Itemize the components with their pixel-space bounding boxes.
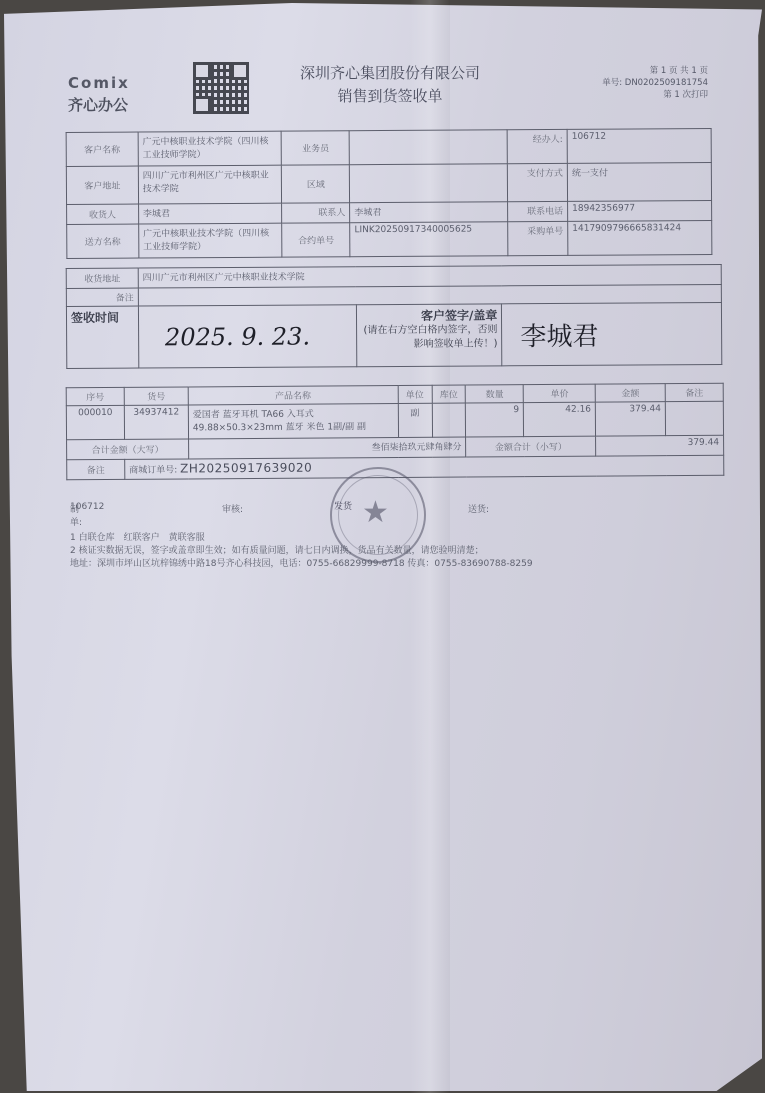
col-price: 单价 bbox=[523, 384, 595, 403]
company-name: 深圳齐心集团股份有限公司 bbox=[275, 62, 505, 83]
sign-time-value[interactable]: 2025. 9. 23. bbox=[138, 305, 356, 368]
payment-value: 统一支付 bbox=[567, 163, 711, 202]
item-qty: 9 bbox=[466, 403, 524, 437]
doc-title: 销售到货签收单 bbox=[275, 85, 505, 106]
customer-info-table: 客户名称 广元中核职业技术学院（四川核工业技师学院） 业务员 经办人: 1067… bbox=[66, 128, 713, 259]
phone-value: 18942356977 bbox=[568, 201, 712, 222]
item-seq: 000010 bbox=[66, 405, 124, 439]
customer-address-value: 四川广元市利州区广元中核职业技术学院 bbox=[138, 165, 282, 204]
terms-note: 2 核证实数据无误，签字或盖章即生效；如有质量问题，请七日内调换，货品有关数量，… bbox=[70, 545, 730, 558]
total-lower-label: 金额合计（小写） bbox=[466, 436, 596, 457]
delivery-name-label: 送方名称 bbox=[67, 224, 139, 258]
table-row: 000010 34937412 爱国者 蓝牙耳机 TA66 入耳式 49.88×… bbox=[66, 401, 723, 440]
deliver-label: 送货: bbox=[468, 502, 489, 515]
delivery-name-value: 广元中核职业技术学院（四川核工业技师学院） bbox=[139, 223, 283, 258]
brand-cn-text: 齐心办公 bbox=[68, 94, 130, 115]
contract-value: LINK20250917340005625 bbox=[350, 222, 508, 257]
total-upper-value: 叁佰柒拾玖元肆角肆分 bbox=[188, 437, 466, 459]
remark-label: 备注 bbox=[66, 288, 138, 306]
customer-name-label: 客户名称 bbox=[66, 132, 138, 166]
receipt-sign-table: 收货地址 四川广元市利州区广元中核职业技术学院 备注 签收时间 2025. 9.… bbox=[66, 264, 723, 369]
sign-time-label: 签收时间 bbox=[66, 306, 138, 368]
col-location: 库位 bbox=[432, 385, 466, 403]
handler-label: 经办人: bbox=[507, 129, 567, 163]
col-sku: 货号 bbox=[124, 387, 188, 405]
total-lower-value: 379.44 bbox=[596, 435, 724, 456]
handwritten-date: 2025. 9. 23. bbox=[165, 322, 310, 351]
review-label: 审核: bbox=[222, 502, 243, 515]
footer: 制单: 106712 审核: 送货: 1 白联仓库 红联客户 黄联客服 2 核证… bbox=[70, 502, 730, 571]
payment-label: 支付方式 bbox=[507, 163, 567, 201]
phone-label: 联系电话 bbox=[508, 201, 568, 221]
copies-note: 1 白联仓库 红联客户 黄联客服 bbox=[70, 532, 730, 545]
doc-number: 单号: DN0202509181754 bbox=[560, 77, 708, 89]
items-remark-label: 备注 bbox=[67, 459, 125, 479]
region-label: 区域 bbox=[282, 165, 350, 203]
item-sku: 34937412 bbox=[124, 405, 188, 439]
customer-name-value: 广元中核职业技术学院（四川核工业技师学院） bbox=[138, 131, 282, 166]
address-note: 地址：深圳市坪山区坑梓锦绣中路18号齐心科技园，电话：0755-66829999… bbox=[70, 558, 730, 571]
item-name: 爱国者 蓝牙耳机 TA66 入耳式 49.88×50.3×23mm 蓝牙 米色 … bbox=[188, 403, 398, 438]
contact-value: 李城君 bbox=[350, 202, 508, 223]
handler-value: 106712 bbox=[567, 129, 711, 164]
col-name: 产品名称 bbox=[188, 385, 398, 404]
purchase-value: 1417909796665831424 bbox=[568, 221, 712, 256]
customer-address-label: 客户地址 bbox=[66, 166, 138, 204]
page-info: 第 1 页 共 1 页 bbox=[560, 65, 708, 77]
receiver-value: 李城君 bbox=[138, 203, 282, 224]
col-note: 备注 bbox=[665, 383, 723, 401]
item-price: 42.16 bbox=[524, 402, 596, 437]
item-location bbox=[432, 403, 466, 437]
qr-code-icon bbox=[193, 62, 249, 114]
col-seq: 序号 bbox=[66, 387, 124, 405]
purchase-label: 采购单号 bbox=[508, 221, 568, 255]
total-upper-label: 合计金额（大写） bbox=[67, 439, 189, 460]
comix-logo: Comix 齐心办公 bbox=[68, 74, 130, 115]
item-note bbox=[665, 401, 723, 435]
contact-label: 联系人 bbox=[282, 203, 350, 223]
salesman-label: 业务员 bbox=[282, 131, 350, 165]
document-title: 深圳齐心集团股份有限公司 销售到货签收单 bbox=[275, 62, 505, 106]
order-number-cell: 商城订单号: ZH20250917639020 bbox=[125, 455, 724, 479]
col-unit: 单位 bbox=[398, 385, 432, 403]
col-amount: 金额 bbox=[595, 384, 665, 402]
region-value bbox=[350, 164, 508, 203]
salesman-value bbox=[349, 130, 507, 165]
col-qty: 数量 bbox=[466, 385, 524, 403]
order-label: 商城订单号: bbox=[129, 466, 177, 476]
brand-logo-text: Comix bbox=[68, 74, 130, 92]
item-unit: 副 bbox=[398, 403, 432, 437]
order-number: ZH20250917639020 bbox=[180, 461, 312, 476]
handwritten-signature: 李城君 bbox=[520, 322, 598, 352]
customer-signature-field[interactable]: 李城君 bbox=[502, 302, 722, 365]
maker-value: 106712 bbox=[70, 502, 104, 512]
doc-meta: 第 1 页 共 1 页 单号: DN0202509181754 第 1 次打印 bbox=[560, 65, 708, 101]
ship-address-label: 收货地址 bbox=[66, 268, 138, 288]
customer-sign-label-cell: 客户签字/盖章 (请在右方空白格内签字，否则影响签收单上传！) bbox=[356, 304, 502, 367]
items-table: 序号 货号 产品名称 单位 库位 数量 单价 金额 备注 000010 3493… bbox=[66, 383, 725, 481]
contract-label: 合约单号 bbox=[282, 223, 350, 257]
receiver-label: 收货人 bbox=[67, 204, 139, 224]
print-count: 第 1 次打印 bbox=[560, 89, 708, 101]
item-amount: 379.44 bbox=[595, 402, 665, 436]
